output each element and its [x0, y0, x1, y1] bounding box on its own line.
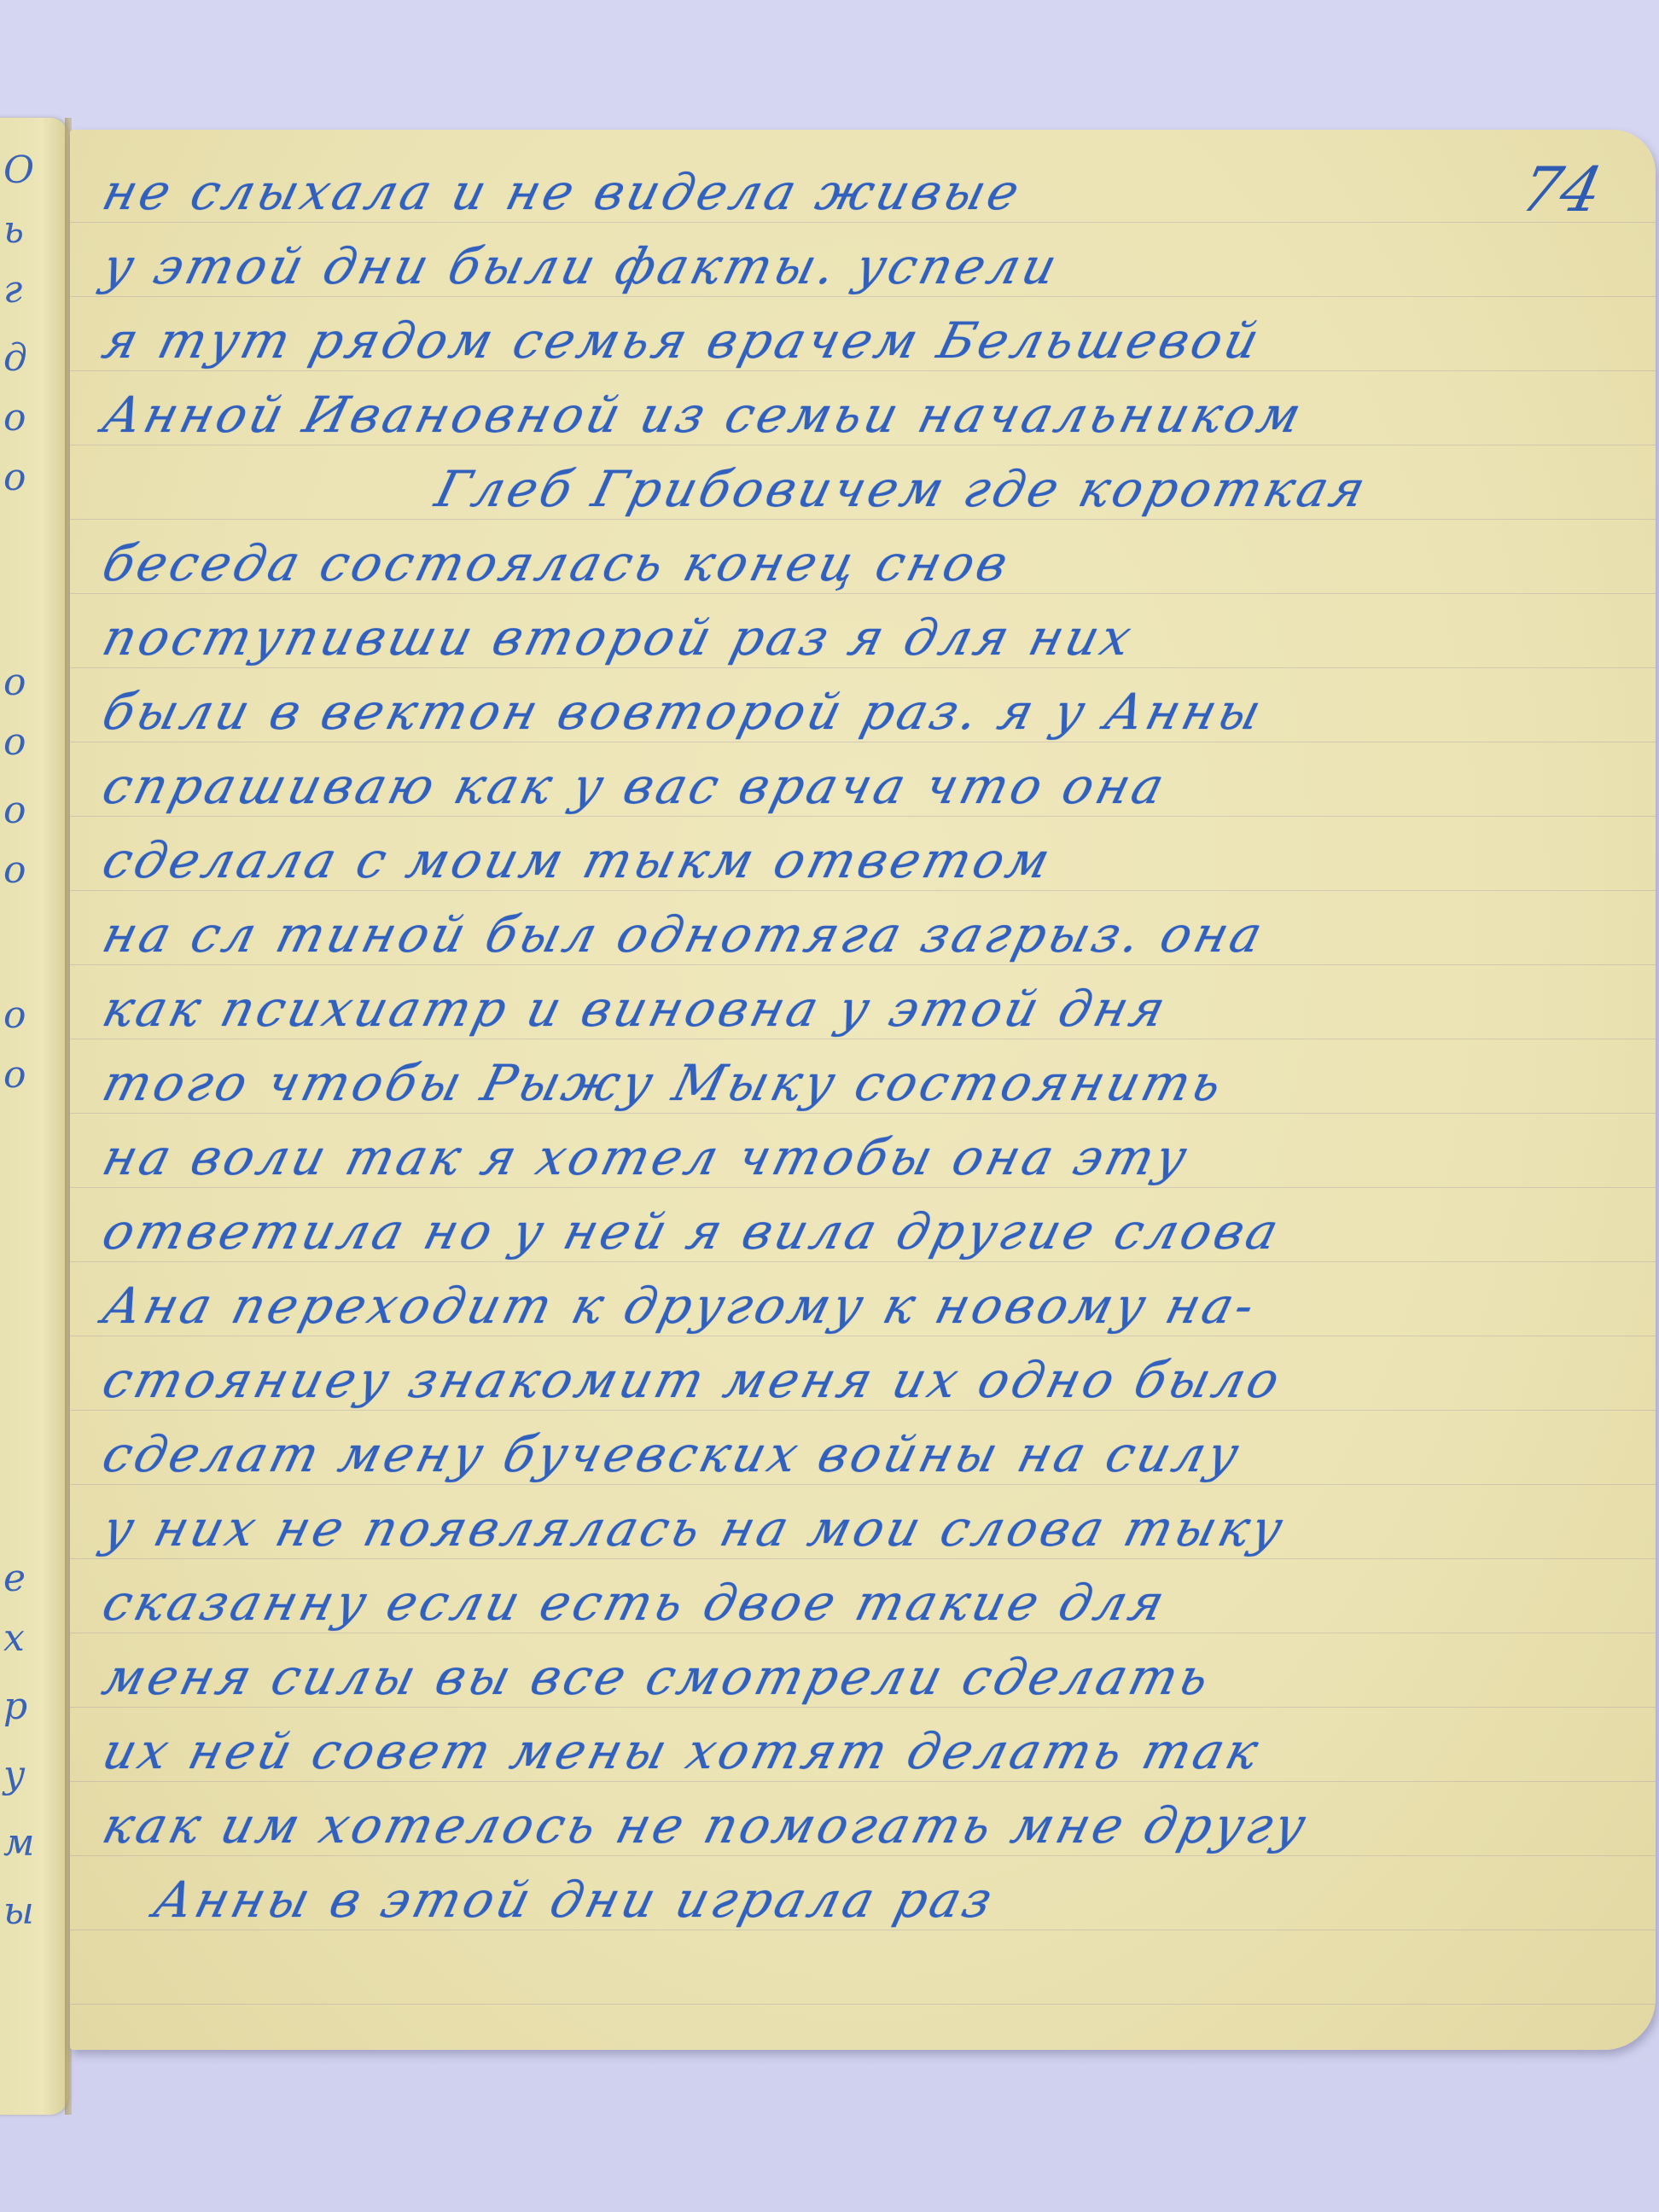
margin-glyph: о	[3, 664, 26, 701]
text-line: на сл тиной был однотяга загрыз. она	[95, 898, 1581, 972]
text-line: я тут рядом семья врачем Бельшевой	[95, 304, 1581, 378]
margin-glyph: г	[3, 271, 22, 309]
margin-glyph: у	[3, 1756, 26, 1794]
margin-glyph: ь	[3, 212, 24, 249]
text-line: Анной Ивановной из семьи начальником	[95, 378, 1581, 452]
text-line: беседа состоялась конец снов	[95, 527, 1581, 601]
text-line: того чтобы Рыжу Мыку состоянить	[95, 1046, 1581, 1121]
text-line: как им хотелось не помогать мне другу	[95, 1789, 1581, 1863]
text-line: были в вектон вовторой раз. я у Анны	[95, 675, 1581, 749]
margin-glyph: м	[3, 1825, 34, 1862]
margin-glyph: о	[3, 792, 26, 829]
margin-glyph: О	[3, 152, 34, 189]
handwritten-text: не слыхала и не видела живые у этой дни …	[104, 155, 1572, 1937]
margin-glyph: ы	[3, 1893, 34, 1930]
margin-glyph: е	[3, 1560, 26, 1598]
previous-page-edge: О ь г д о о о о о о о о е х р у м ы	[0, 118, 68, 2115]
margin-glyph: о	[3, 724, 26, 761]
text-line: ответила но у ней я вила другие слова	[95, 1195, 1581, 1269]
text-line: поступивши второй раз я для них	[95, 601, 1581, 675]
text-line: у них не появлялась на мои слова тыку	[95, 1492, 1581, 1566]
text-line: сделала с моим тыкм ответом	[95, 824, 1581, 898]
margin-glyph: о	[3, 997, 26, 1034]
text-line: спрашиваю как у вас врача что она	[95, 749, 1581, 824]
text-line: их ней совет мены хотят делать так	[95, 1714, 1581, 1789]
margin-glyph: о	[3, 852, 26, 889]
text-line: Глеб Грибовичем где короткая	[95, 452, 1581, 527]
text-line: меня силы вы все смотрели сделать	[95, 1640, 1581, 1714]
text-line: как психиатр и виновна у этой дня	[95, 972, 1581, 1046]
notebook-page: 74 не слыхала и не видела живые у этой д…	[70, 130, 1656, 2050]
text-line: Анны в этой дни играла раз	[95, 1863, 1581, 1937]
margin-glyph: о	[3, 1057, 26, 1094]
text-line: сделат мену бучевских войны на силу	[95, 1417, 1581, 1492]
text-line: на воли так я хотел чтобы она эту	[95, 1121, 1581, 1195]
ruling-line	[70, 2004, 1656, 2005]
text-line: не слыхала и не видела живые	[95, 155, 1581, 230]
margin-glyph: д	[3, 340, 27, 377]
text-line: у этой дни были факты. успели	[95, 230, 1581, 304]
margin-glyph: о	[3, 459, 26, 497]
text-line: Ана переходит к другому к новому на-	[95, 1269, 1581, 1343]
text-line: стояниеу знакомит меня их одно было	[95, 1343, 1581, 1417]
margin-glyph: х	[3, 1620, 25, 1657]
text-line: сказанну если есть двое такие для	[95, 1566, 1581, 1640]
margin-glyph: р	[3, 1688, 27, 1726]
margin-glyph: о	[3, 399, 26, 437]
